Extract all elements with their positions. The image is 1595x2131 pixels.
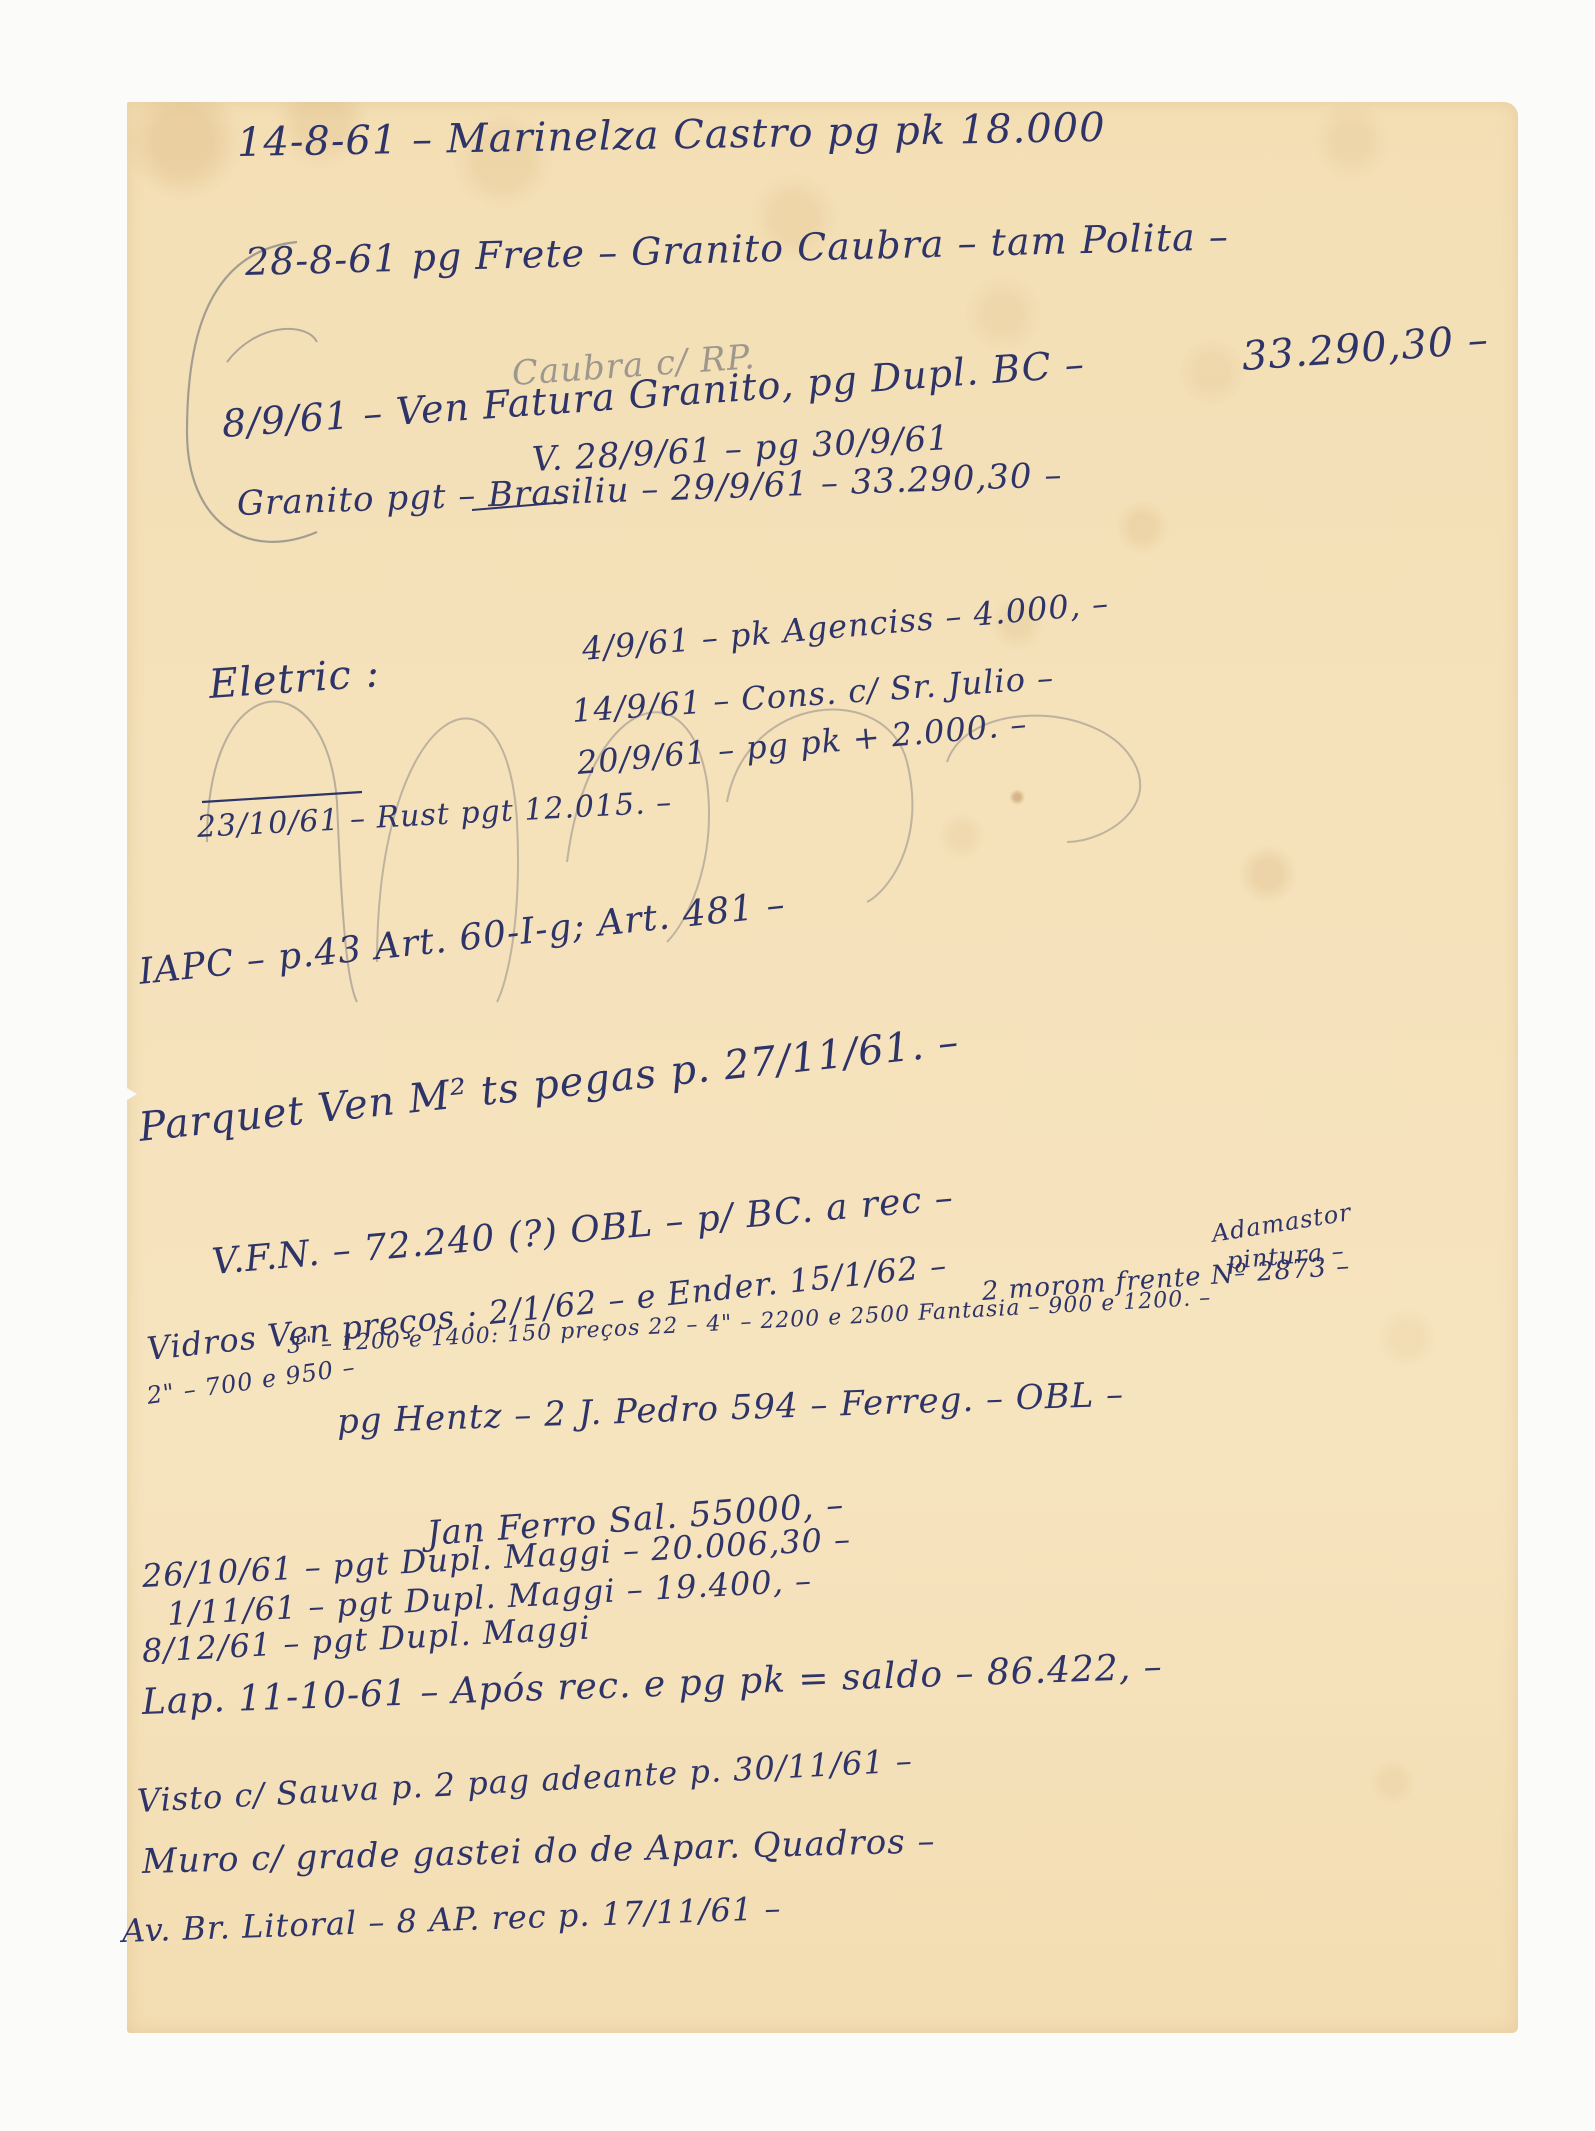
scanned-page: 14-8-61 – Marinelza Castro pg pk 18.000 … (0, 0, 1595, 2131)
entry-line-25: Av. Br. Litoral – 8 AP. rec p. 17/11/61 … (121, 1889, 782, 1950)
entry-line-2: 28-8-61 pg Frete – Granito Caubra – tam … (244, 214, 1229, 284)
entry-line-10: 23/10/61 – Rust pgt 12.015. – (196, 785, 673, 845)
paper-notch (125, 1087, 137, 1101)
entry-line-11: IAPC – p.43 Art. 60-I-g; Art. 481 – (137, 884, 788, 993)
entry-line-24: Muro c/ grade gastei do de Apar. Quadros… (141, 1821, 935, 1882)
entry-line-7: 4/9/61 – pk Agenciss – 4.000, – (580, 584, 1110, 668)
entry-line-23: Visto c/ Sauva p. 2 pag adeante p. 30/11… (136, 1741, 914, 1820)
aged-paper-sheet: 14-8-61 – Marinelza Castro pg pk 18.000 … (127, 102, 1518, 2033)
section-label-eletric: Eletric : (207, 650, 381, 708)
entry-line-1: 14-8-61 – Marinelza Castro pg pk 18.000 (237, 105, 1106, 166)
entry-line-17: pg Hentz – 2 J. Pedro 594 – Ferreg. – OB… (336, 1375, 1124, 1442)
entry-amount-33290: 33.290,30 – (1240, 317, 1490, 380)
entry-line-12: Parquet Ven M² ts pegas p. 27/11/61. – (137, 1019, 962, 1151)
